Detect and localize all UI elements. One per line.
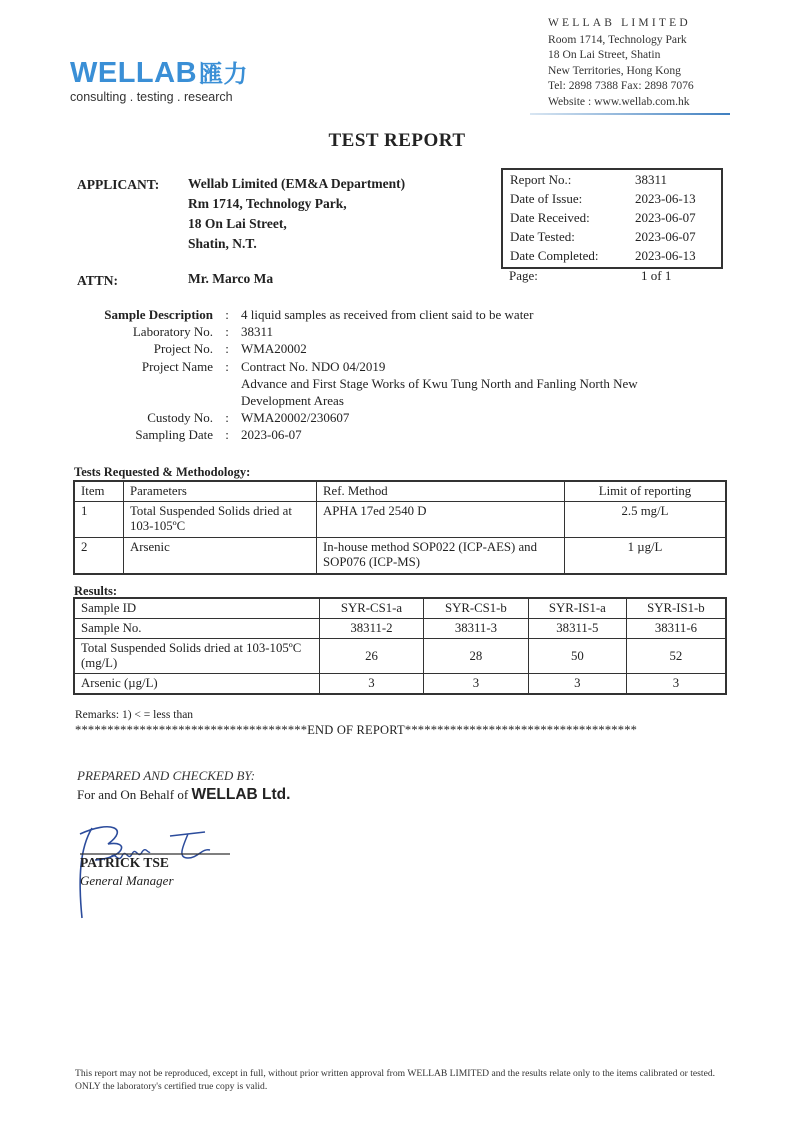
page-indicator: Page:1 of 1 <box>509 268 729 284</box>
report-info-box: Report No.:38311 Date of Issue:2023-06-1… <box>501 168 723 269</box>
table-header-row: Item Parameters Ref. Method Limit of rep… <box>74 481 726 502</box>
on-behalf-line: For and On Behalf of WELLAB Ltd. <box>77 786 290 804</box>
company-address-block: WELLAB LIMITED Room 1714, Technology Par… <box>548 16 694 109</box>
project-no-row: Project No.:WMA20002 <box>80 340 711 357</box>
address-line: Room 1714, Technology Park <box>548 32 694 48</box>
attn-value: Mr. Marco Ma <box>188 271 273 287</box>
applicant-line: 18 On Lai Street, <box>188 214 405 234</box>
logo-tagline: consulting . testing . research <box>70 90 248 104</box>
logo-cjk-text: 匯力 <box>199 60 248 88</box>
company-contact: Tel: 2898 7388 Fax: 2898 7076 <box>548 78 694 94</box>
project-name-line: Advance and First Stage Works of Kwu Tun… <box>241 375 711 392</box>
applicant-address: Wellab Limited (EM&A Department) Rm 1714… <box>188 174 405 254</box>
footer-disclaimer: This report may not be reproduced, excep… <box>75 1068 735 1093</box>
logo-text: WELLAB <box>70 57 197 89</box>
table-row: Arsenic (µg/L) 3 3 3 3 <box>74 674 726 695</box>
methodology-table: Item Parameters Ref. Method Limit of rep… <box>73 480 727 575</box>
end-of-report-line: ************************************END … <box>75 723 637 738</box>
applicant-line: Wellab Limited (EM&A Department) <box>188 174 405 194</box>
attn-label: ATTN: <box>77 273 118 289</box>
sampling-date-row: Sampling Date:2023-06-07 <box>80 426 711 443</box>
sample-description-row: Sample Description:4 liquid samples as r… <box>80 306 711 323</box>
address-line: 18 On Lai Street, Shatin <box>548 47 694 63</box>
project-name-row: Project Name: Contract No. NDO 04/2019Ad… <box>80 358 711 410</box>
remarks: Remarks: 1) < = less than <box>75 709 193 721</box>
table-row: Sample ID SYR-CS1-a SYR-CS1-b SYR-IS1-a … <box>74 598 726 619</box>
applicant-label: APPLICANT: <box>77 177 159 193</box>
address-line: New Territories, Hong Kong <box>548 63 694 79</box>
lab-no-row: Laboratory No.:38311 <box>80 323 711 340</box>
applicant-line: Rm 1714, Technology Park, <box>188 194 405 214</box>
custody-no-row: Custody No.:WMA20002/230607 <box>80 409 711 426</box>
table-row: Sample No. 38311-2 38311-3 38311-5 38311… <box>74 619 726 639</box>
header-divider <box>530 113 730 115</box>
project-name-line: Contract No. NDO 04/2019 <box>241 358 711 375</box>
company-website: Website : www.wellab.com.hk <box>548 94 694 110</box>
prepared-by-label: PREPARED AND CHECKED BY: <box>77 768 255 784</box>
results-table: Sample ID SYR-CS1-a SYR-CS1-b SYR-IS1-a … <box>73 597 727 695</box>
sample-details: Sample Description:4 liquid samples as r… <box>80 306 711 444</box>
signatory-title: General Manager <box>80 873 174 889</box>
company-name: WELLAB LIMITED <box>548 16 694 32</box>
table-row: 1 Total Suspended Solids dried at 103-10… <box>74 502 726 538</box>
signatory-name: PATRICK TSE <box>80 855 169 871</box>
project-name-line: Development Areas <box>241 392 711 409</box>
methodology-heading: Tests Requested & Methodology: <box>74 465 250 480</box>
page-title: TEST REPORT <box>0 130 794 152</box>
applicant-line: Shatin, N.T. <box>188 234 405 254</box>
table-row: 2 Arsenic In-house method SOP022 (ICP-AE… <box>74 538 726 574</box>
table-row: Total Suspended Solids dried at 103-105º… <box>74 639 726 674</box>
company-logo: WELLAB匯力 consulting . testing . research <box>70 58 248 104</box>
